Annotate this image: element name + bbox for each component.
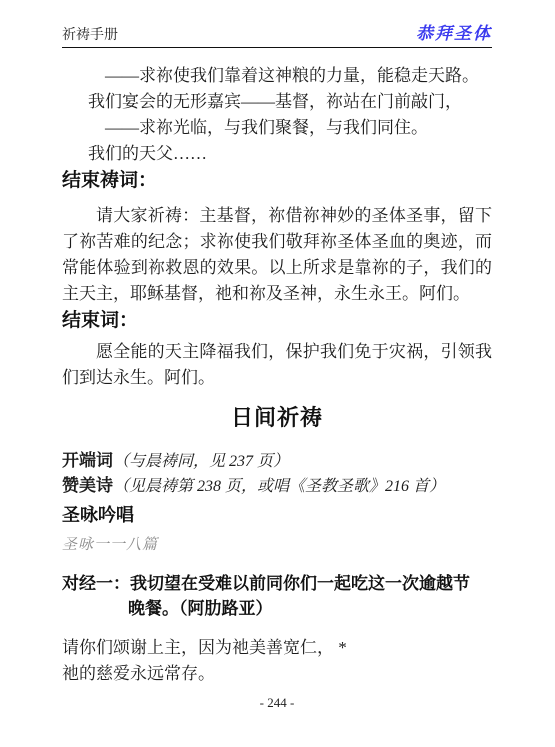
- section-heading-psalmody: 圣咏吟唱: [62, 504, 492, 526]
- chapter-title-daytime-prayer: 日间祈祷: [62, 405, 492, 431]
- header-booklet-title: 祈祷手册: [62, 24, 118, 44]
- rubric-hymn-note: （见晨祷第 238 页，或唱《圣教圣歌》216 首）: [113, 478, 445, 495]
- rubric-hymn-label: 赞美诗: [62, 476, 113, 495]
- litany-versicle-line: 我们宴会的无形嘉宾——基督，祢站在门前敲门，: [88, 89, 492, 115]
- antiphon-text: 我切望在受难以前同你们一起吃这一次逾越节: [130, 574, 470, 593]
- section-heading-closing-prayer: 结束祷词：: [62, 169, 492, 192]
- litany-block: ——求祢使我们靠着这神粮的力量，能稳走天路。 我们宴会的无形嘉宾——基督，祢站在…: [62, 63, 492, 167]
- psalm-verse: 请你们颂谢上主，因为祂美善宽仁， *: [62, 635, 492, 661]
- header-section-title: 恭拜圣体: [416, 19, 492, 44]
- antiphon-label: 对经一：: [62, 574, 130, 593]
- psalm-verse: 祂的慈爱永远常存。: [62, 661, 492, 687]
- antiphon-line-2: 晚餐。（阿肋路亚）: [62, 596, 492, 621]
- litany-response-line: ——求祢光临，与我们聚餐，与我们同住。: [88, 115, 492, 141]
- litany-response-line: ——求祢使我们靠着这神粮的力量，能稳走天路。: [88, 63, 492, 89]
- prayer-book-page: 祈祷手册 恭拜圣体 ——求祢使我们靠着这神粮的力量，能稳走天路。 我们宴会的无形…: [0, 0, 555, 747]
- running-header: 祈祷手册 恭拜圣体: [62, 24, 492, 48]
- antiphon-line-1: 对经一：我切望在受难以前同你们一起吃这一次逾越节: [62, 571, 492, 596]
- closing-prayer-paragraph: 请大家祈祷：主基督，祢借祢神妙的圣体圣事，留下了祢苦难的纪念；求祢使我们敬拜祢圣…: [62, 203, 492, 307]
- rubric-opening-label: 开端词: [62, 451, 113, 470]
- rubric-hymn: 赞美诗（见晨祷第 238 页，或唱《圣教圣歌》216 首）: [62, 474, 492, 499]
- rubric-opening: 开端词（与晨祷同，见 237 页）: [62, 449, 492, 474]
- litany-our-father-line: 我们的天父……: [88, 141, 492, 167]
- psalm-reference: 圣咏一一八篇: [62, 535, 492, 555]
- closing-word-paragraph: 愿全能的天主降福我们，保护我们免于灾祸，引领我们到达永生。阿们。: [62, 339, 492, 391]
- rubric-opening-note: （与晨祷同，见 237 页）: [113, 453, 289, 470]
- page-number: - 244 -: [62, 695, 492, 711]
- antiphon-block: 对经一：我切望在受难以前同你们一起吃这一次逾越节 晚餐。（阿肋路亚）: [62, 571, 492, 621]
- section-heading-closing-word: 结束词：: [62, 309, 492, 332]
